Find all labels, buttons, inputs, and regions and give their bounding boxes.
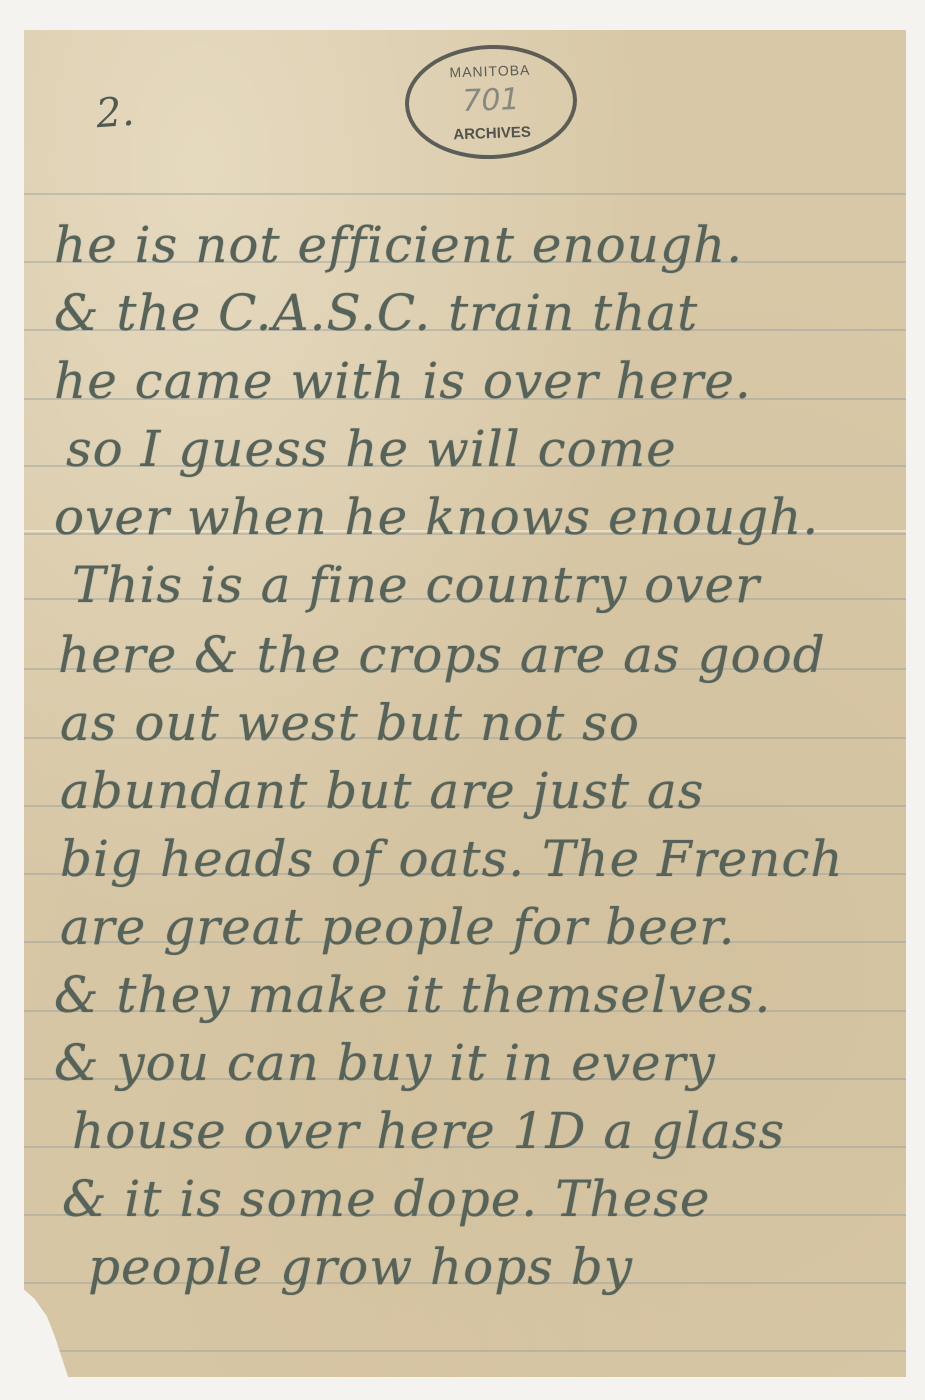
ruled-line	[24, 193, 906, 195]
handwritten-line: are great people for beer.	[60, 902, 736, 952]
stamp-accession-number: 701	[408, 80, 573, 121]
handwritten-line: so I guess he will come	[66, 424, 677, 474]
handwritten-line: over when he knows enough.	[54, 492, 819, 542]
handwritten-line: This is a fine country over	[72, 560, 760, 610]
handwritten-line: & you can buy it in every	[54, 1038, 716, 1088]
handwritten-line: abundant but are just as	[60, 766, 704, 816]
handwritten-line: people grow hops by	[88, 1242, 633, 1292]
handwritten-line: & it is some dope. These	[62, 1174, 710, 1224]
handwritten-line: here & the crops are as good	[58, 630, 826, 680]
handwritten-line: he is not efficient enough.	[54, 220, 743, 270]
handwritten-line: he came with is over here.	[54, 356, 752, 406]
archives-stamp: MANITOBA 701 ARCHIVES	[403, 42, 579, 162]
letter-page: 2. MANITOBA 701 ARCHIVES he is not effic…	[24, 30, 906, 1377]
handwritten-line: big heads of oats. The French	[60, 834, 844, 884]
handwritten-line: as out west but not so	[60, 698, 640, 748]
stamp-bottom-text: ARCHIVES	[410, 122, 574, 145]
stamp-top-text: MANITOBA	[408, 60, 572, 82]
handwritten-line: & they make it themselves.	[54, 970, 771, 1020]
handwritten-line: & the C.A.S.C. train that	[54, 288, 698, 338]
handwritten-line: house over here 1D a glass	[72, 1106, 785, 1156]
ruled-line	[24, 1350, 906, 1352]
page-number: 2.	[94, 89, 135, 138]
